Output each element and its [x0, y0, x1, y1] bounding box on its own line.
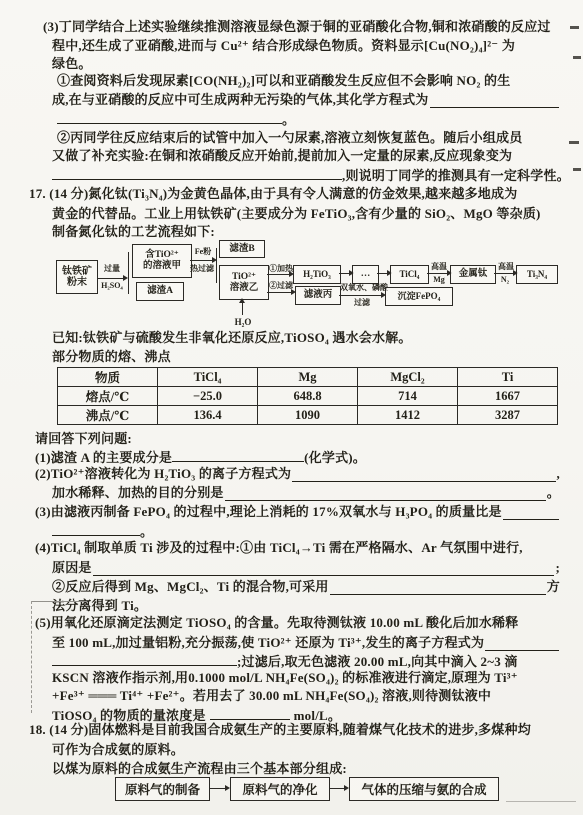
- flow-label-h2so4: H₂SO₄: [94, 282, 130, 290]
- q17-sub4-line2-end: ;: [555, 560, 560, 576]
- q16-3-line8: 又做了补充实验:在铜和浓硝酸反应开始前,提前加入一定量的尿素,反应现象变为: [52, 148, 512, 163]
- q17-sub4-line3-end: 方: [547, 579, 560, 595]
- table-row-boiling: 沸点/℃ 136.4 1090 1412 3287: [58, 406, 558, 425]
- q16-3-line7: ②丙同学往反应结束后的试管中加入一勺尿素,溶液立刻恢复蓝色。随后小组成员: [57, 130, 522, 145]
- table-row-melting: 熔点/℃ −25.0 648.8 714 1667: [58, 387, 558, 406]
- flow-arrow-6: [494, 273, 516, 274]
- flow-bracket-2: [216, 248, 217, 283]
- q17-sub4-line1: (4)TiCl₄ 制取单质 Ti 涉及的过程中:①由 TiCl₄→Ti 需在严格…: [35, 540, 523, 555]
- q16-3-line1: (3)丁同学结合上述实验继续推测溶液显绿色源于铜的亚硝酸化合物,铜和浓硝酸的反应…: [43, 19, 551, 34]
- flow-arrow-4: [377, 273, 390, 274]
- ammonia-flow-box-2: 原料气的净化: [230, 777, 330, 801]
- q17-sub5-line6-post: mol/L。: [294, 708, 341, 723]
- flow-box-solution-yi: TiO²⁺ 溶液乙: [219, 265, 269, 300]
- q16-3-line5-text: 成,在与亚硝酸的反应中可生成两种无污染的气体,其化学方程式为: [52, 92, 429, 108]
- scan-artifact: [506, 801, 576, 802]
- flow-box-h2tio3: H₂TiO₃: [293, 265, 341, 284]
- flow-bracket-1: [128, 252, 129, 294]
- q17-sub5-line6-pre: TiOSO₄ 的物质的量浓度是: [52, 708, 206, 723]
- table-header-row: 物质 TiCl₄ Mg MgCl₂ Ti: [58, 368, 558, 387]
- flow-box-ti3n4-text: Ti₃N₄: [527, 269, 547, 279]
- flow-box-intermediate-text: …: [361, 269, 371, 280]
- table-caption: 部分物质的熔、沸点: [52, 349, 171, 364]
- q17-sub3-line2-end: 。: [140, 524, 153, 539]
- answer-blank: [93, 560, 555, 576]
- flow-box-yi-l1: TiO²⁺: [232, 272, 256, 283]
- answer-blank: [292, 466, 555, 482]
- q17-sub2-line2: 加水稀释、加热的目的分别是 。: [52, 485, 560, 501]
- q16-3-line6: 。: [57, 110, 295, 127]
- flow-arrow-1: [97, 278, 126, 279]
- q17-sub1-post: (化学式)。: [304, 450, 366, 465]
- table-cell: 648.8: [258, 387, 358, 406]
- q17-sub4-line2-pre: 原因是: [52, 560, 92, 576]
- flow-box-jia-l1: 含TiO²⁺: [145, 250, 179, 261]
- flow-label-excess: 过量: [97, 265, 127, 273]
- q17-sub5-line4: KSCN 溶液作指示剂,用0.1000 mol/L NH₄Fe(SO₄)₂ 的标…: [52, 670, 518, 685]
- flow-arrow-5: [427, 273, 450, 274]
- flow-box-h2tio3-text: H₂TiO₃: [303, 269, 331, 279]
- table-cell: 熔点/℃: [58, 387, 158, 406]
- answer-blank: [52, 166, 342, 180]
- flow-box-residue-b: 滤渣B: [219, 240, 265, 258]
- table-header-cell: Mg: [258, 368, 358, 387]
- answer-blank: [330, 579, 546, 595]
- flow-box-solution-jia: 含TiO²⁺ 的溶液甲: [132, 244, 192, 278]
- q17-known: 已知:钛铁矿与硫酸发生非氧化还原反应,TiOSO₄ 遇水会水解。: [52, 330, 412, 345]
- flow-box-intermediate: …: [352, 265, 379, 284]
- q17-sub1-pre: (1)滤渣 A 的主要成分是: [35, 450, 172, 465]
- flow-arrow-heat: [267, 274, 292, 275]
- q17-sub5-line2-pre: 至 100 mL,加过量铝粉,充分振荡,使 TiO²⁺ 还原为 Ti³⁺,发生的…: [52, 635, 484, 651]
- table-header-cell: MgCl₂: [358, 368, 458, 387]
- scan-artifact: [570, 26, 579, 29]
- q17-sub2-line2-pre: 加水稀释、加热的目的分别是: [52, 485, 224, 501]
- flow-box-ore-l2: 粉末: [67, 277, 87, 288]
- flow-box-residue-a: 滤渣A: [136, 282, 184, 301]
- flow-arrow-h2o: [242, 300, 243, 315]
- flow-box-ticl4: TiCl₄: [390, 265, 429, 284]
- table-cell: 1667: [458, 387, 558, 406]
- q16-3-line5: 成,在与亚硝酸的反应中可生成两种无污染的气体,其化学方程式为: [52, 92, 560, 108]
- q18-stem-line1: 18. (14 分)固体燃料是目前我国合成氨生产的主要原料,随着煤气化技术的进步…: [29, 722, 531, 737]
- exam-page: (3)丁同学结合上述实验继续推测溶液显绿色源于铜的亚硝酸化合物,铜和浓硝酸的反应…: [0, 0, 583, 815]
- q17-sub5-line3: ;过滤后,取无色滤液 20.00 mL,向其中滴入 2~3 滴: [52, 652, 518, 669]
- scan-artifact: [573, 168, 581, 171]
- q17-sub5-line2: 至 100 mL,加过量铝粉,充分振荡,使 TiO²⁺ 还原为 Ti³⁺,发生的…: [52, 635, 560, 651]
- q17-sub1: (1)滤渣 A 的主要成分是(化学式)。: [35, 448, 366, 465]
- q16-3-line6-end: 。: [282, 112, 295, 127]
- table-cell: 136.4: [158, 406, 258, 425]
- ammonia-flow-box-3: 气体的压缩与氨的合成: [349, 777, 499, 801]
- q17-sub2-line1: (2)TiO²⁺溶液转化为 H₂TiO₃ 的离子方程式为 ,: [35, 466, 560, 482]
- flow-arrow-7: [339, 295, 384, 296]
- flow-arrow-3: [339, 273, 352, 274]
- answer-blank: [52, 652, 237, 666]
- flow-label-mg: Mg: [429, 276, 449, 284]
- flow-label-hot-filter: 热过滤: [185, 265, 219, 273]
- ammonia-flow-box-3-text: 气体的压缩与氨的合成: [361, 780, 486, 798]
- answer-blank: [225, 485, 546, 501]
- answer-blank: [503, 504, 559, 520]
- ammonia-flow-box-1: 原料气的制备: [115, 777, 210, 801]
- flow-box-filtrate-bing-text: 滤液丙: [304, 290, 333, 301]
- flow-arrow-filter: [267, 292, 294, 293]
- q18-stem-line3: 以煤为原料的合成氨生产流程由三个基本部分组成:: [52, 761, 347, 776]
- q17-sub5-line5: +Fe³⁺ ═══ Ti⁴⁺ +Fe²⁺。若用去了 30.00 mL NH₄Fe…: [52, 688, 491, 703]
- answer-blank: [172, 448, 304, 462]
- q17-sub3-text: (3)由滤液丙制备 FePO₄ 的过程中,理论上消耗的 17%双氧水与 H₃PO…: [35, 504, 502, 520]
- table-header-cell: TiCl₄: [158, 368, 258, 387]
- ammonia-flow-box-2-text: 原料气的净化: [242, 780, 317, 798]
- q17-sub4-line2: 原因是 ;: [52, 560, 560, 576]
- flow-box-ore: 钛铁矿 粉末: [56, 260, 98, 294]
- process-flow-diagram: 钛铁矿 粉末 过量 H₂SO₄ 含TiO²⁺ 的溶液甲 滤渣A Fe粉 热过滤 …: [50, 238, 570, 334]
- q17-sub4-line3: ②反应后得到 Mg、MgCl₂、Ti 的混合物,可采用 方: [52, 579, 560, 595]
- table-cell: 沸点/℃: [58, 406, 158, 425]
- q17-sub2-line2-end: 。: [547, 485, 560, 501]
- melting-boiling-table: 物质 TiCl₄ Mg MgCl₂ Ti 熔点/℃ −25.0 648.8 71…: [57, 367, 558, 425]
- flow-label-h2o: H₂O: [228, 318, 258, 327]
- flow-box-fepo4: 沉淀FePO₄: [385, 287, 453, 306]
- flow-box-metal-ti: 金属钛: [450, 265, 496, 284]
- q17-stem-line2: 黄金的代替品。工业上用钛铁矿(主要成分为 FeTiO₃,含有少量的 SiO₂、M…: [52, 206, 541, 221]
- flow-arrow-2: [190, 260, 215, 261]
- q17-sub3-line1: (3)由滤液丙制备 FePO₄ 的过程中,理论上消耗的 17%双氧水与 H₃PO…: [35, 504, 560, 520]
- flow-box-fepo4-text: 沉淀FePO₄: [398, 291, 441, 301]
- q16-3-line2: 程中,还生成了亚硝酸,进而与 Cu²⁺ 结合形成绿色物质。资料显示[Cu(NO₂…: [52, 38, 515, 53]
- ammonia-flow-arrow-1: [209, 788, 228, 789]
- q16-3-line9: ,则说明丁同学的推测具有一定科学性。: [52, 166, 570, 183]
- q17-sub2-pre: (2)TiO²⁺溶液转化为 H₂TiO₃ 的离子方程式为: [35, 466, 291, 482]
- ammonia-flow-arrow-2: [329, 788, 347, 789]
- table-header-cell: Ti: [458, 368, 558, 387]
- flow-box-ore-l1: 钛铁矿: [62, 266, 92, 277]
- q17-sub3-line2: 。: [52, 522, 153, 539]
- q17-stem-line1: 17. (14 分)氮化钛(Ti₃N₄)为金黄色晶体,由于具有令人满意的仿金效果…: [29, 186, 517, 201]
- q16-3-line9-end: ,则说明丁同学的推测具有一定科学性。: [342, 168, 570, 183]
- flow-box-filtrate-bing: 滤液丙: [295, 286, 341, 305]
- flow-label-n2: N₂: [497, 276, 513, 284]
- q17-sub4-line3-pre: ②反应后得到 Mg、MgCl₂、Ti 的混合物,可采用: [52, 579, 329, 595]
- table-cell: 1090: [258, 406, 358, 425]
- q17-stem-line3: 制备氮化钛的工艺流程如下:: [52, 224, 215, 239]
- table-header-cell: 物质: [58, 368, 158, 387]
- q17-sub5-line1: (5)用氧化还原滴定法测定 TiOSO₄ 的含量。先取待测钛液 10.00 mL…: [35, 615, 518, 630]
- table-cell: 714: [358, 387, 458, 406]
- answer-blank: [485, 635, 559, 651]
- table-cell: 3287: [458, 406, 558, 425]
- flow-box-yi-l2: 溶液乙: [230, 283, 259, 294]
- answer-blank: [210, 706, 290, 720]
- q16-3-line3: 绿色。: [52, 56, 92, 71]
- flow-box-residue-b-text: 滤渣B: [229, 244, 254, 255]
- scan-artifact: [31, 601, 32, 713]
- q17-sub5-line3-post: ;过滤后,取无色滤液 20.00 mL,向其中滴入 2~3 滴: [237, 654, 518, 669]
- q17-sub2-line1-end: ,: [557, 466, 560, 482]
- answer-blank: [52, 522, 140, 536]
- flow-box-ti3n4: Ti₃N₄: [516, 265, 558, 284]
- flow-box-jia-l2: 的溶液甲: [143, 261, 181, 272]
- table-cell: 1412: [358, 406, 458, 425]
- flow-box-ticl4-text: TiCl₄: [399, 269, 419, 279]
- q18-stem-line2: 可作为合成氨的原料。: [52, 742, 184, 757]
- table-cell: −25.0: [158, 387, 258, 406]
- scan-artifact: [31, 601, 87, 602]
- scan-artifact: [569, 141, 579, 144]
- q17-sub5-line6: TiOSO₄ 的物质的量浓度是mol/L。: [52, 706, 341, 723]
- q16-3-line4: ①查阅资料后发现尿素[CO(NH₂)₂]可以和亚硝酸发生反应但不会影响 NO₂ …: [57, 73, 510, 88]
- scan-artifact: [573, 56, 581, 59]
- flow-box-metal-ti-text: 金属钛: [459, 269, 488, 280]
- ammonia-flow-box-1-text: 原料气的制备: [125, 780, 200, 798]
- flow-label-fe-powder: Fe粉: [188, 248, 218, 256]
- flow-label-h2o2-h3po4: 双氧水、磷酸: [337, 284, 391, 292]
- flow-box-residue-a-text: 滤渣A: [147, 286, 173, 297]
- answer-blank: [430, 92, 559, 108]
- flow-label-filter: 过滤: [350, 299, 374, 307]
- answer-blank: [57, 110, 282, 124]
- q17-ask: 请回答下列问题:: [35, 431, 132, 446]
